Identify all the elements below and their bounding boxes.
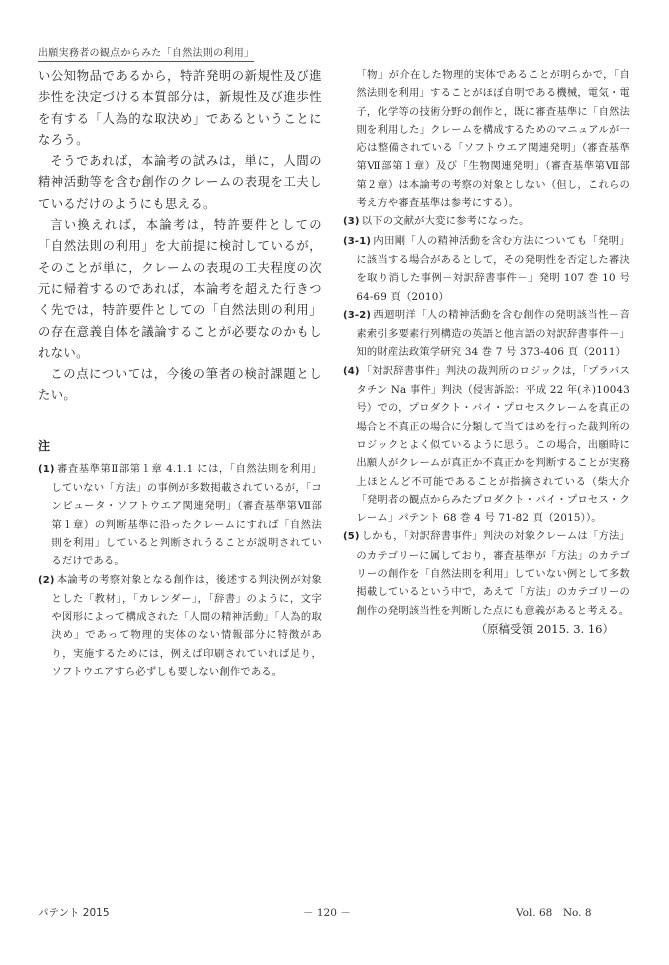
footnote-number: (4) [343,366,360,377]
notes-heading: 注 [38,437,322,454]
footnote-number: (1) [38,464,55,475]
left-column: い公知物品であるから，特許発明の新規性及び進歩性を決定づける本質部分は，新規性及… [38,66,322,681]
manuscript-received-date: （原稿受領 2015. 3. 16） [343,620,630,638]
footnote-2: (2)本論考の考察対象となる創作は，後述する判決例が対象とした「教材」，「カレン… [38,571,322,682]
right-column: 「物」が介在した物理的実体であることが明らかで，「自然法則を利用」することがほぼ… [343,66,630,638]
volume-issue: Vol. 68 No. 8 [516,905,592,920]
footnote-number: (3-1) [343,236,371,247]
footnote-2-continuation: 「物」が介在した物理的実体であることが明らかで，「自然法則を利用」することがほぼ… [343,66,630,212]
footnote-number: (5) [343,531,360,542]
footnote-number: (3) [343,216,360,227]
footnote-text: 西迴明洋「人の精神活動を含む創作の発明該当性－音素索引多要素行列構造の英語と他言… [356,309,630,359]
page-number: － 120 － [303,905,351,920]
footnote-number: (3-2) [343,310,371,321]
journal-name: パテント 2015 [38,905,110,920]
footnote-1: (1)審査基準第Ⅱ部第１章 4.1.1 には，「自然法則を利用」していない「方法… [38,460,322,571]
body-paragraph: そうであれば，本論考の試みは，単に，人間の精神活動等を含む創作のクレームの表現を… [38,151,322,215]
footnote-text: 審査基準第Ⅱ部第１章 4.1.1 には，「自然法則を利用」していない「方法」の事… [51,463,322,567]
footnote-text: しかも，「対訳辞書事件」判決の対象クレームは「方法」のカテゴリーに属しており，審… [356,530,630,616]
footnote-text: 内田剛「人の精神活動を含む方法についても「発明」に該当する場合があるとして，その… [356,235,630,303]
footnote-number: (2) [38,575,55,586]
footnote-3-2: (3-2)西迴明洋「人の精神活動を含む創作の発明該当性－音素索引多要素行列構造の… [343,306,630,362]
body-paragraph: この点については，今後の筆者の検討課題としたい。 [38,364,322,407]
footnote-4: (4)「対訳辞書事件」判決の裁判所のロジックは，「プラバスタチン Na 事件」判… [343,362,630,528]
body-paragraph: い公知物品であるから，特許発明の新規性及び進歩性を決定づける本質部分は，新規性及… [38,66,322,151]
footnote-3: (3)以下の文献が大変に参考になった。 [343,212,630,231]
footnote-5: (5)しかも，「対訳辞書事件」判決の対象クレームは「方法」のカテゴリーに属してお… [343,527,630,619]
footnote-text: 以下の文献が大変に参考になった。 [362,215,530,227]
footnote-text: 「対訳辞書事件」判決の裁判所のロジックは，「プラバスタチン Na 事件」判決（侵… [356,365,630,524]
footnote-3-1: (3-1)内田剛「人の精神活動を含む方法についても「発明」に該当する場合があると… [343,232,630,306]
body-paragraph: 言い換えれば，本論考は，特許要件としての「自然法則の利用」を大前提に検討している… [38,215,322,364]
footnote-text: 本論考の考察対象となる創作は，後述する判決例が対象とした「教材」，「カレンダー」… [51,574,322,678]
running-header: 出願実務者の観点からみた「自然法則の利用」 [38,44,254,62]
